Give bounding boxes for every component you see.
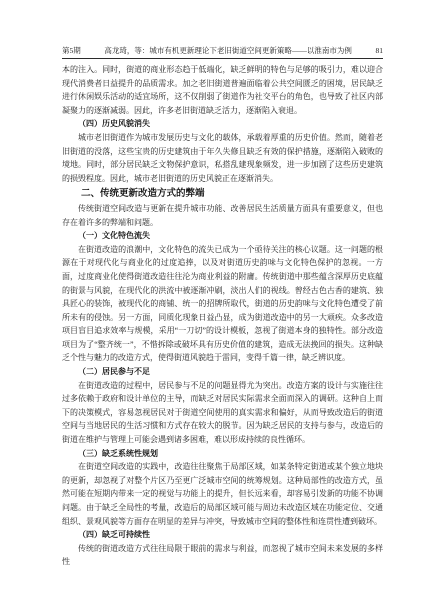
subsection-heading-history-loss: （四）历史风貌消失 [62,117,383,131]
issue-label: 第5期 [62,46,81,55]
article-body: 本的注入。同时，街道的商业形态趋于低端化，缺乏鲜明的特色与足够的吸引力，难以迎合… [62,63,383,569]
continued-paragraph: 本的注入。同时，街道的商业形态趋于低端化，缺乏鲜明的特色与足够的吸引力，难以迎合… [62,63,383,117]
subsection-heading-systematic-planning: （三）缺乏系统性规划 [62,447,383,461]
paragraph: 在街道改造的过程中，居民参与不足的问题显得尤为突出。改造方案的设计与实施往往过多… [62,379,383,447]
paragraph: 城市老旧街道作为城市发展历史与文化的载体，承载着厚重的历史价值。然而，随着老旧街… [62,131,383,185]
section-heading-traditional-renewal-drawbacks: 二、传统更新改造方式的弊端 [62,187,383,201]
paragraph: 在街道空间改造的实践中，改造往往聚焦于局部区域，如某条特定街道或某个独立地块的更… [62,460,383,528]
header-rule [62,58,383,59]
journal-page: 第5期 高龙琦，等：城市有机更新理论下老旧街道空间更新策略——以淮南市为例 81… [0,0,427,603]
subsection-heading-sustainability: （四）缺乏可持续性 [62,528,383,542]
paragraph: 传统街道空间改造与更新在提升城市功能、改善居民生活质量方面具有重要意义，但也存在… [62,202,383,229]
page-header: 第5期 高龙琦，等：城市有机更新理论下老旧街道空间更新策略——以淮南市为例 81 [62,46,383,55]
paragraph: 传统的街道改造方式往往局限于眼前的需求与利益，而忽视了城市空间未来发展的多样性 [62,542,383,569]
paragraph: 在街道改造的浪潮中，文化特色的流失已成为一个亟待关注的核心议题。这一问题的根源在… [62,243,383,365]
subsection-heading-cultural-loss: （一）文化特色流失 [62,229,383,243]
subsection-heading-resident-participation: （二）居民参与不足 [62,365,383,379]
page-number: 81 [376,46,384,55]
running-title: 高龙琦，等：城市有机更新理论下老旧街道空间更新策略——以淮南市为例 [81,46,376,55]
